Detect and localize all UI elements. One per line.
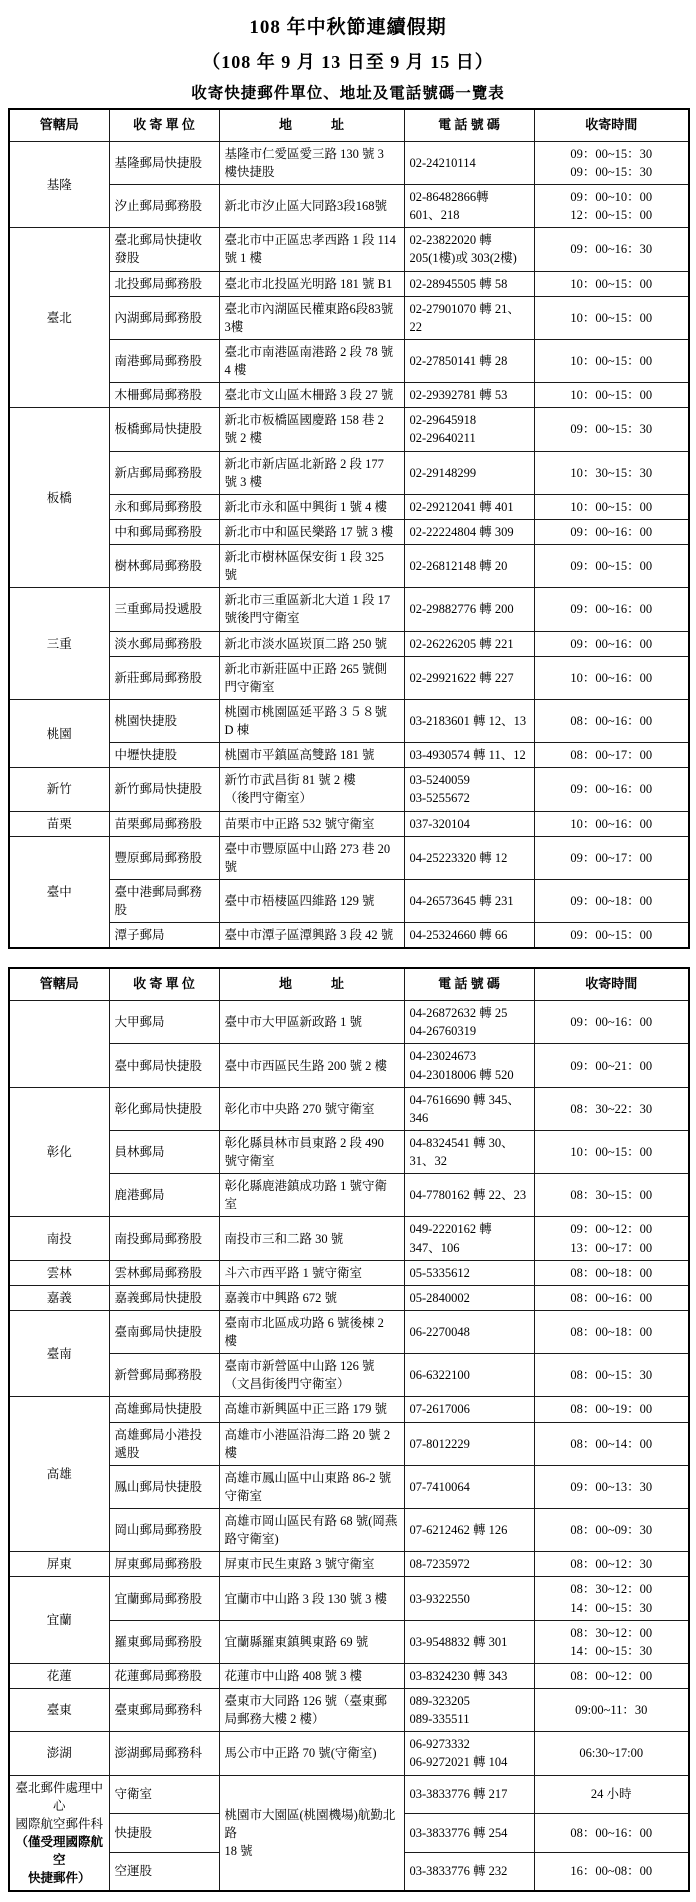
phone-cell: 03-8324230 轉 343 xyxy=(404,1663,534,1688)
unit-cell: 汐止郵局郵務股 xyxy=(109,185,219,228)
address-cell: 臺東市大同路 126 號（臺東郵局郵務大樓 2 樓） xyxy=(219,1689,404,1732)
address-cell: 新北市中和區民樂路 17 號 3 樓 xyxy=(219,519,404,544)
unit-cell: 臺南郵局快捷股 xyxy=(109,1310,219,1353)
header-row: 管轄局收 寄 單 位地 址電 話 號 碼收寄時間 xyxy=(9,109,689,141)
hours-cell: 09：00~15：30 09：00~15：30 xyxy=(534,141,689,184)
hours-cell: 09：00~10：00 12：00~15：00 xyxy=(534,185,689,228)
address-cell: 南投市三和二路 30 號 xyxy=(219,1217,404,1260)
address-cell: 嘉義市中興路 672 號 xyxy=(219,1285,404,1310)
address-cell: 桃園市桃園區延平路３５８號 D 棟 xyxy=(219,699,404,742)
unit-cell: 宜蘭郵局郵務股 xyxy=(109,1577,219,1620)
address-cell: 新北市新莊區中正路 265 號側門守衛室 xyxy=(219,656,404,699)
table-row: 花蓮花蓮郵局郵務股花蓮市中山路 408 號 3 樓03-8324230 轉 34… xyxy=(9,1663,689,1688)
region-label: 澎湖 xyxy=(15,1744,104,1762)
phone-cell: 037-320104 xyxy=(404,811,534,836)
unit-cell: 守衛室 xyxy=(109,1775,219,1813)
unit-cell: 苗栗郵局郵務股 xyxy=(109,811,219,836)
table-row: 高雄郵局小港投遞股高雄市小港區沿海二路 20 號 2 樓07-801222908… xyxy=(9,1422,689,1465)
unit-cell: 臺北郵局快捷收發股 xyxy=(109,228,219,271)
hours-cell: 09:00~11：30 xyxy=(534,1689,689,1732)
region-cell: 臺南 xyxy=(9,1310,109,1397)
hours-cell: 10：00~15：00 xyxy=(534,1130,689,1173)
hours-cell: 09：00~16：00 xyxy=(534,519,689,544)
phone-cell: 04-25324660 轉 66 xyxy=(404,923,534,949)
table-row: 臺中郵局快捷股臺中市西區民生路 200 號 2 樓04-23024673 04-… xyxy=(9,1044,689,1087)
page-title: 108 年中秋節連續假期 xyxy=(8,6,688,43)
unit-cell: 羅東郵局郵務股 xyxy=(109,1620,219,1663)
region-cell: 臺中 xyxy=(9,836,109,948)
table-row: 臺東臺東郵局郵務科臺東市大同路 126 號（臺東郵局郵務大樓 2 樓）089-3… xyxy=(9,1689,689,1732)
phone-cell: 02-27850141 轉 28 xyxy=(404,339,534,382)
unit-cell: 基隆郵局快捷股 xyxy=(109,141,219,184)
address-cell: 新北市板橋區國慶路 158 巷 2 號 2 樓 xyxy=(219,408,404,451)
table-row: 新竹新竹郵局快捷股新竹市武昌街 81 號 2 樓 （後門守衛室）03-52400… xyxy=(9,768,689,811)
table-row: 淡水郵局郵務股新北市淡水區崁頂二路 250 號02-26226205 轉 221… xyxy=(9,631,689,656)
unit-cell: 彰化郵局快捷股 xyxy=(109,1087,219,1130)
unit-cell: 桃園快捷股 xyxy=(109,699,219,742)
table-row: 臺北臺北郵局快捷收發股臺北市中正區忠孝西路 1 段 114 號 1 樓02-23… xyxy=(9,228,689,271)
region-label: 臺中 xyxy=(15,883,104,901)
region-cell: 苗栗 xyxy=(9,811,109,836)
address-cell: 桃園市大園區(桃園機場)航勤北路 18 號 xyxy=(219,1775,404,1891)
table-row: 鳳山郵局快捷股高雄市鳳山區中山東路 86-2 號守衛室07-741006409：… xyxy=(9,1465,689,1508)
phone-cell: 06-6322100 xyxy=(404,1354,534,1397)
column-header-unit: 收 寄 單 位 xyxy=(109,968,219,1000)
column-header-unit: 收 寄 單 位 xyxy=(109,109,219,141)
table-row: 鹿港郵局彰化縣鹿港鎮成功路 1 號守衛室04-7780162 轉 22、2308… xyxy=(9,1174,689,1217)
unit-cell: 高雄郵局小港投遞股 xyxy=(109,1422,219,1465)
unit-cell: 臺中港郵局郵務股 xyxy=(109,879,219,922)
schedule-table-1: 管轄局收 寄 單 位地 址電 話 號 碼收寄時間基隆基隆郵局快捷股基隆市仁愛區愛… xyxy=(8,108,690,949)
phone-cell: 049-2220162 轉 347、106 xyxy=(404,1217,534,1260)
table-row: 臺中豐原郵局郵務股臺中市豐原區中山路 273 巷 20 號04-25223320… xyxy=(9,836,689,879)
unit-cell: 岡山郵局郵務股 xyxy=(109,1509,219,1552)
phone-cell: 089-323205 089-335511 xyxy=(404,1689,534,1732)
region-label: 臺東 xyxy=(15,1701,104,1719)
hours-cell: 08：00~15：30 xyxy=(534,1354,689,1397)
region-label: 基隆 xyxy=(15,176,104,194)
address-cell: 臺中市西區民生路 200 號 2 樓 xyxy=(219,1044,404,1087)
address-cell: 苗栗市中正路 532 號守衛室 xyxy=(219,811,404,836)
unit-cell: 花蓮郵局郵務股 xyxy=(109,1663,219,1688)
phone-cell: 07-6212462 轉 126 xyxy=(404,1509,534,1552)
unit-cell: 員林郵局 xyxy=(109,1130,219,1173)
hours-cell: 09：00~21：00 xyxy=(534,1044,689,1087)
hours-cell: 09：00~16：00 xyxy=(534,1001,689,1044)
phone-cell: 02-28945505 轉 58 xyxy=(404,271,534,296)
phone-cell: 02-29921622 轉 227 xyxy=(404,656,534,699)
phone-cell: 02-29392781 轉 53 xyxy=(404,383,534,408)
hours-cell: 08：00~14：00 xyxy=(534,1422,689,1465)
unit-cell: 新莊郵局郵務股 xyxy=(109,656,219,699)
region-cell: 彰化 xyxy=(9,1087,109,1217)
region-label: 新竹 xyxy=(15,780,104,798)
hours-cell: 09：00~13：30 xyxy=(534,1465,689,1508)
page-subtitle-table-name: 收寄快捷郵件單位、地址及電話號碼一覽表 xyxy=(8,77,688,108)
hours-cell: 10：00~15：00 xyxy=(534,296,689,339)
phone-cell: 02-22224804 轉 309 xyxy=(404,519,534,544)
phone-cell: 05-2840002 xyxy=(404,1285,534,1310)
table-row: 新店郵局郵務股新北市新店區北新路 2 段 177 號 3 樓02-2914829… xyxy=(9,451,689,494)
phone-cell: 03-3833776 轉 217 xyxy=(404,1775,534,1813)
phone-cell: 03-9548832 轉 301 xyxy=(404,1620,534,1663)
region-label: 嘉義 xyxy=(15,1289,104,1307)
region-label: 板橋 xyxy=(15,489,104,507)
hours-cell: 08：00~16：00 xyxy=(534,1814,689,1852)
title-block: 108 年中秋節連續假期 （108 年 9 月 13 日至 9 月 15 日） … xyxy=(8,6,688,108)
table-row: 北投郵局郵務股臺北市北投區光明路 181 號 B102-28945505 轉 5… xyxy=(9,271,689,296)
hours-cell: 08：00~16：00 xyxy=(534,699,689,742)
unit-cell: 中和郵局郵務股 xyxy=(109,519,219,544)
phone-cell: 04-26573645 轉 231 xyxy=(404,879,534,922)
hours-cell: 24 小時 xyxy=(534,1775,689,1813)
table-row: 桃園桃園快捷股桃園市桃園區延平路３５８號 D 棟03-2183601 轉 12、… xyxy=(9,699,689,742)
table-row: 南港郵局郵務股臺北市南港區南港路 2 段 78 號 4 樓02-27850141… xyxy=(9,339,689,382)
hours-cell: 08：00~16：00 xyxy=(534,1285,689,1310)
table-row: 宜蘭宜蘭郵局郵務股宜蘭市中山路 3 段 130 號 3 樓03-93225500… xyxy=(9,1577,689,1620)
phone-cell: 03-3833776 轉 254 xyxy=(404,1814,534,1852)
phone-cell: 07-2617006 xyxy=(404,1397,534,1422)
hours-cell: 08：30~22：30 xyxy=(534,1087,689,1130)
hours-cell: 08：00~17：00 xyxy=(534,743,689,768)
unit-cell: 屏東郵局郵務股 xyxy=(109,1552,219,1577)
region-cell: 桃園 xyxy=(9,699,109,767)
schedule-table-1-container: 管轄局收 寄 單 位地 址電 話 號 碼收寄時間基隆基隆郵局快捷股基隆市仁愛區愛… xyxy=(8,108,688,949)
unit-cell: 高雄郵局快捷股 xyxy=(109,1397,219,1422)
region-cell: 臺東 xyxy=(9,1689,109,1732)
address-cell: 臺中市梧棲區四維路 129 號 xyxy=(219,879,404,922)
region-cell: 屏東 xyxy=(9,1552,109,1577)
table-row: 汐止郵局郵務股新北市汐止區大同路3段168號02-86482866轉 601、2… xyxy=(9,185,689,228)
phone-cell: 03-4930574 轉 11、12 xyxy=(404,743,534,768)
table-row: 大甲郵局臺中市大甲區新政路 1 號04-26872632 轉 25 04-267… xyxy=(9,1001,689,1044)
region-cell xyxy=(9,1001,109,1088)
address-cell: 臺南市北區成功路 6 號後棟 2 樓 xyxy=(219,1310,404,1353)
address-cell: 高雄市新興區中正三路 179 號 xyxy=(219,1397,404,1422)
region-cell: 板橋 xyxy=(9,408,109,588)
table-row: 臺北郵件處理中心 國際航空郵件科（僅受理國際航空 快捷郵件）守衛室桃園市大園區(… xyxy=(9,1775,689,1813)
table-row: 永和郵局郵務股新北市永和區中興街 1 號 4 樓02-29212041 轉 40… xyxy=(9,494,689,519)
region-cell: 臺北 xyxy=(9,228,109,408)
column-header-phone: 電 話 號 碼 xyxy=(404,968,534,1000)
address-cell: 新北市汐止區大同路3段168號 xyxy=(219,185,404,228)
hours-cell: 08：00~12：00 xyxy=(534,1663,689,1688)
phone-cell: 03-2183601 轉 12、13 xyxy=(404,699,534,742)
header-row: 管轄局收 寄 單 位地 址電 話 號 碼收寄時間 xyxy=(9,968,689,1000)
region-label: 雲林 xyxy=(15,1264,104,1282)
table-row: 潭子郵局臺中市潭子區潭興路 3 段 42 號04-25324660 轉 6609… xyxy=(9,923,689,949)
region-label: 彰化 xyxy=(15,1143,104,1161)
table-row: 屏東屏東郵局郵務股屏東市民生東路 3 號守衛室08-723597208：00~1… xyxy=(9,1552,689,1577)
address-cell: 臺北市北投區光明路 181 號 B1 xyxy=(219,271,404,296)
region-label: 屏東 xyxy=(15,1555,104,1573)
address-cell: 宜蘭市中山路 3 段 130 號 3 樓 xyxy=(219,1577,404,1620)
table-row: 苗栗苗栗郵局郵務股苗栗市中正路 532 號守衛室037-32010410：00~… xyxy=(9,811,689,836)
table-row: 嘉義嘉義郵局快捷股嘉義市中興路 672 號05-284000208：00~16：… xyxy=(9,1285,689,1310)
unit-cell: 空運股 xyxy=(109,1852,219,1891)
region-label: 花蓮 xyxy=(15,1667,104,1685)
table-row: 羅東郵局郵務股宜蘭縣羅東鎮興東路 69 號03-9548832 轉 30108：… xyxy=(9,1620,689,1663)
phone-cell: 02-29212041 轉 401 xyxy=(404,494,534,519)
address-cell: 新北市永和區中興街 1 號 4 樓 xyxy=(219,494,404,519)
region-label: 南投 xyxy=(15,1230,104,1248)
column-header-address: 地 址 xyxy=(219,109,404,141)
unit-cell: 雲林郵局郵務股 xyxy=(109,1260,219,1285)
column-header-phone: 電 話 號 碼 xyxy=(404,109,534,141)
hours-cell: 16：00~08：00 xyxy=(534,1852,689,1891)
table-row: 南投南投郵局郵務股南投市三和二路 30 號049-2220162 轉 347、1… xyxy=(9,1217,689,1260)
column-header-hours: 收寄時間 xyxy=(534,968,689,1000)
unit-cell: 木柵郵局郵務股 xyxy=(109,383,219,408)
column-header-region: 管轄局 xyxy=(9,968,109,1000)
address-cell: 高雄市小港區沿海二路 20 號 2 樓 xyxy=(219,1422,404,1465)
unit-cell: 鹿港郵局 xyxy=(109,1174,219,1217)
address-cell: 臺北市文山區木柵路 3 段 27 號 xyxy=(219,383,404,408)
hours-cell: 09：00~18：00 xyxy=(534,879,689,922)
hours-cell: 09：00~17：00 xyxy=(534,836,689,879)
address-cell: 基隆市仁愛區愛三路 130 號 3 樓快捷股 xyxy=(219,141,404,184)
hours-cell: 10：00~15：00 xyxy=(534,339,689,382)
address-cell: 新北市新店區北新路 2 段 177 號 3 樓 xyxy=(219,451,404,494)
hours-cell: 10：00~15：00 xyxy=(534,494,689,519)
table-row: 新莊郵局郵務股新北市新莊區中正路 265 號側門守衛室02-29921622 轉… xyxy=(9,656,689,699)
phone-cell: 02-29148299 xyxy=(404,451,534,494)
region-cell: 基隆 xyxy=(9,141,109,228)
unit-cell: 臺中郵局快捷股 xyxy=(109,1044,219,1087)
phone-cell: 03-5240059 03-5255672 xyxy=(404,768,534,811)
table-row: 岡山郵局郵務股高雄市岡山區民有路 68 號(岡燕路守衛室)07-6212462 … xyxy=(9,1509,689,1552)
region-label: 臺南 xyxy=(15,1345,104,1363)
phone-cell: 02-86482866轉 601、218 xyxy=(404,185,534,228)
phone-cell: 07-8012229 xyxy=(404,1422,534,1465)
table-row: 三重三重郵局投遞股新北市三重區新北大道 1 段 17 號後門守衛室02-2988… xyxy=(9,588,689,631)
phone-cell: 04-25223320 轉 12 xyxy=(404,836,534,879)
unit-cell: 中壢快捷股 xyxy=(109,743,219,768)
unit-cell: 板橋郵局快捷股 xyxy=(109,408,219,451)
table-row: 雲林雲林郵局郵務股斗六市西平路 1 號守衛室05-533561208：00~18… xyxy=(9,1260,689,1285)
table-row: 員林郵局彰化縣員林市員東路 2 段 490 號守衛室04-8324541 轉 3… xyxy=(9,1130,689,1173)
unit-cell: 大甲郵局 xyxy=(109,1001,219,1044)
hours-cell: 09：00~16：30 xyxy=(534,228,689,271)
phone-cell: 02-29645918 02-29640211 xyxy=(404,408,534,451)
table-row: 中和郵局郵務股新北市中和區民樂路 17 號 3 樓02-22224804 轉 3… xyxy=(9,519,689,544)
table-row: 臺中港郵局郵務股臺中市梧棲區四維路 129 號04-26573645 轉 231… xyxy=(9,879,689,922)
phone-cell: 05-5335612 xyxy=(404,1260,534,1285)
region-label: 高雄 xyxy=(15,1465,104,1483)
table-row: 高雄高雄郵局快捷股高雄市新興區中正三路 179 號07-261700608：00… xyxy=(9,1397,689,1422)
table-row: 中壢快捷股桃園市平鎮區高雙路 181 號03-4930574 轉 11、1208… xyxy=(9,743,689,768)
table-row: 彰化彰化郵局快捷股彰化市中央路 270 號守衛室04-7616690 轉 345… xyxy=(9,1087,689,1130)
hours-cell: 10：00~16：00 xyxy=(534,656,689,699)
address-cell: 彰化縣員林市員東路 2 段 490 號守衛室 xyxy=(219,1130,404,1173)
hours-cell: 08：30~15：00 xyxy=(534,1174,689,1217)
unit-cell: 南港郵局郵務股 xyxy=(109,339,219,382)
phone-cell: 03-9322550 xyxy=(404,1577,534,1620)
table-row: 木柵郵局郵務股臺北市文山區木柵路 3 段 27 號02-29392781 轉 5… xyxy=(9,383,689,408)
hours-cell: 08：00~18：00 xyxy=(534,1260,689,1285)
phone-cell: 06-2270048 xyxy=(404,1310,534,1353)
column-header-region: 管轄局 xyxy=(9,109,109,141)
address-cell: 馬公市中正路 70 號(守衛室) xyxy=(219,1732,404,1775)
region-cell: 南投 xyxy=(9,1217,109,1260)
hours-cell: 08：00~18：00 xyxy=(534,1310,689,1353)
address-cell: 新竹市武昌街 81 號 2 樓 （後門守衛室） xyxy=(219,768,404,811)
address-cell: 臺南市新營區中山路 126 號（文昌街後門守衛室） xyxy=(219,1354,404,1397)
table-row: 樹林郵局郵務股新北市樹林區保安街 1 段 325 號02-26812148 轉 … xyxy=(9,545,689,588)
region-cell: 花蓮 xyxy=(9,1663,109,1688)
address-cell: 高雄市岡山區民有路 68 號(岡燕路守衛室) xyxy=(219,1509,404,1552)
hours-cell: 10：00~16：00 xyxy=(534,811,689,836)
page-subtitle-dates: （108 年 9 月 13 日至 9 月 15 日） xyxy=(8,43,688,77)
address-cell: 臺中市豐原區中山路 273 巷 20 號 xyxy=(219,836,404,879)
hours-cell: 10：00~15：00 xyxy=(534,383,689,408)
address-cell: 新北市樹林區保安街 1 段 325 號 xyxy=(219,545,404,588)
region-label: 桃園 xyxy=(15,725,104,743)
region-cell: 澎湖 xyxy=(9,1732,109,1775)
unit-cell: 新店郵局郵務股 xyxy=(109,451,219,494)
hours-cell: 06:30~17:00 xyxy=(534,1732,689,1775)
address-cell: 臺中市大甲區新政路 1 號 xyxy=(219,1001,404,1044)
unit-cell: 潭子郵局 xyxy=(109,923,219,949)
region-cell: 嘉義 xyxy=(9,1285,109,1310)
region-cell: 新竹 xyxy=(9,768,109,811)
hours-cell: 08：00~09：30 xyxy=(534,1509,689,1552)
hours-cell: 09：00~16：00 xyxy=(534,768,689,811)
document-page: 108 年中秋節連續假期 （108 年 9 月 13 日至 9 月 15 日） … xyxy=(0,0,696,1902)
address-cell: 臺北市內湖區民權東路6段83號 3樓 xyxy=(219,296,404,339)
phone-cell: 02-26812148 轉 20 xyxy=(404,545,534,588)
address-cell: 宜蘭縣羅東鎮興東路 69 號 xyxy=(219,1620,404,1663)
hours-cell: 08：00~19：00 xyxy=(534,1397,689,1422)
region-label: 宜蘭 xyxy=(15,1611,104,1629)
region-label: 苗栗 xyxy=(15,815,104,833)
phone-cell: 03-3833776 轉 232 xyxy=(404,1852,534,1891)
phone-cell: 04-8324541 轉 30、 31、32 xyxy=(404,1130,534,1173)
hours-cell: 09：00~16：00 xyxy=(534,588,689,631)
region-label: 臺北 xyxy=(15,309,104,327)
region-cell: 三重 xyxy=(9,588,109,700)
unit-cell: 新竹郵局快捷股 xyxy=(109,768,219,811)
phone-cell: 02-24210114 xyxy=(404,141,534,184)
region-label: 臺北郵件處理中心 國際航空郵件科 xyxy=(15,1779,104,1833)
region-cell: 臺北郵件處理中心 國際航空郵件科（僅受理國際航空 快捷郵件） xyxy=(9,1775,109,1891)
schedule-table-2-container: 管轄局收 寄 單 位地 址電 話 號 碼收寄時間大甲郵局臺中市大甲區新政路 1 … xyxy=(8,967,688,1892)
phone-cell: 02-26226205 轉 221 xyxy=(404,631,534,656)
unit-cell: 南投郵局郵務股 xyxy=(109,1217,219,1260)
hours-cell: 08：30~12：00 14：00~15：30 xyxy=(534,1577,689,1620)
hours-cell: 09：00~15：30 xyxy=(534,408,689,451)
table-row: 內湖郵局郵務股臺北市內湖區民權東路6段83號 3樓02-27901070 轉 2… xyxy=(9,296,689,339)
unit-cell: 樹林郵局郵務股 xyxy=(109,545,219,588)
phone-cell: 04-7780162 轉 22、23 xyxy=(404,1174,534,1217)
phone-cell: 04-23024673 04-23018006 轉 520 xyxy=(404,1044,534,1087)
column-header-hours: 收寄時間 xyxy=(534,109,689,141)
hours-cell: 09：00~15：00 xyxy=(534,545,689,588)
phone-cell: 04-26872632 轉 25 04-26760319 xyxy=(404,1001,534,1044)
phone-cell: 08-7235972 xyxy=(404,1552,534,1577)
schedule-table-2: 管轄局收 寄 單 位地 址電 話 號 碼收寄時間大甲郵局臺中市大甲區新政路 1 … xyxy=(8,967,690,1892)
unit-cell: 淡水郵局郵務股 xyxy=(109,631,219,656)
unit-cell: 嘉義郵局快捷股 xyxy=(109,1285,219,1310)
address-cell: 花蓮市中山路 408 號 3 樓 xyxy=(219,1663,404,1688)
hours-cell: 09：00~12：00 13：00~17：00 xyxy=(534,1217,689,1260)
unit-cell: 鳳山郵局快捷股 xyxy=(109,1465,219,1508)
unit-cell: 快捷股 xyxy=(109,1814,219,1852)
table-row: 新營郵局郵務股臺南市新營區中山路 126 號（文昌街後門守衛室）06-63221… xyxy=(9,1354,689,1397)
region-label: 三重 xyxy=(15,635,104,653)
region-cell: 宜蘭 xyxy=(9,1577,109,1664)
hours-cell: 08：30~12：00 14：00~15：30 xyxy=(534,1620,689,1663)
unit-cell: 臺東郵局郵務科 xyxy=(109,1689,219,1732)
unit-cell: 北投郵局郵務股 xyxy=(109,271,219,296)
unit-cell: 豐原郵局郵務股 xyxy=(109,836,219,879)
phone-cell: 02-29882776 轉 200 xyxy=(404,588,534,631)
address-cell: 新北市三重區新北大道 1 段 17 號後門守衛室 xyxy=(219,588,404,631)
column-header-address: 地 址 xyxy=(219,968,404,1000)
address-cell: 臺中市潭子區潭興路 3 段 42 號 xyxy=(219,923,404,949)
region-cell: 雲林 xyxy=(9,1260,109,1285)
address-cell: 臺北市南港區南港路 2 段 78 號 4 樓 xyxy=(219,339,404,382)
table-row: 基隆基隆郵局快捷股基隆市仁愛區愛三路 130 號 3 樓快捷股02-242101… xyxy=(9,141,689,184)
address-cell: 屏東市民生東路 3 號守衛室 xyxy=(219,1552,404,1577)
table-row: 臺南臺南郵局快捷股臺南市北區成功路 6 號後棟 2 樓06-227004808：… xyxy=(9,1310,689,1353)
hours-cell: 08：00~12：30 xyxy=(534,1552,689,1577)
unit-cell: 新營郵局郵務股 xyxy=(109,1354,219,1397)
address-cell: 彰化縣鹿港鎮成功路 1 號守衛室 xyxy=(219,1174,404,1217)
phone-cell: 02-27901070 轉 21、22 xyxy=(404,296,534,339)
address-cell: 斗六市西平路 1 號守衛室 xyxy=(219,1260,404,1285)
hours-cell: 10：30~15：30 xyxy=(534,451,689,494)
phone-cell: 07-7410064 xyxy=(404,1465,534,1508)
phone-cell: 04-7616690 轉 345、 346 xyxy=(404,1087,534,1130)
table-row: 澎湖澎湖郵局郵務科馬公市中正路 70 號(守衛室)06-9273332 06-9… xyxy=(9,1732,689,1775)
unit-cell: 內湖郵局郵務股 xyxy=(109,296,219,339)
unit-cell: 三重郵局投遞股 xyxy=(109,588,219,631)
phone-cell: 02-23822020 轉 205(1樓)或 303(2樓) xyxy=(404,228,534,271)
address-cell: 高雄市鳳山區中山東路 86-2 號守衛室 xyxy=(219,1465,404,1508)
address-cell: 桃園市平鎮區高雙路 181 號 xyxy=(219,743,404,768)
address-cell: 臺北市中正區忠孝西路 1 段 114 號 1 樓 xyxy=(219,228,404,271)
table-row: 板橋板橋郵局快捷股新北市板橋區國慶路 158 巷 2 號 2 樓02-29645… xyxy=(9,408,689,451)
region-cell: 高雄 xyxy=(9,1397,109,1552)
hours-cell: 10：00~15：00 xyxy=(534,271,689,296)
unit-cell: 澎湖郵局郵務科 xyxy=(109,1732,219,1775)
address-cell: 新北市淡水區崁頂二路 250 號 xyxy=(219,631,404,656)
phone-cell: 06-9273332 06-9272021 轉 104 xyxy=(404,1732,534,1775)
region-note: （僅受理國際航空 快捷郵件） xyxy=(15,1833,104,1887)
unit-cell: 永和郵局郵務股 xyxy=(109,494,219,519)
hours-cell: 09：00~16：00 xyxy=(534,631,689,656)
address-cell: 彰化市中央路 270 號守衛室 xyxy=(219,1087,404,1130)
hours-cell: 09：00~15：00 xyxy=(534,923,689,949)
